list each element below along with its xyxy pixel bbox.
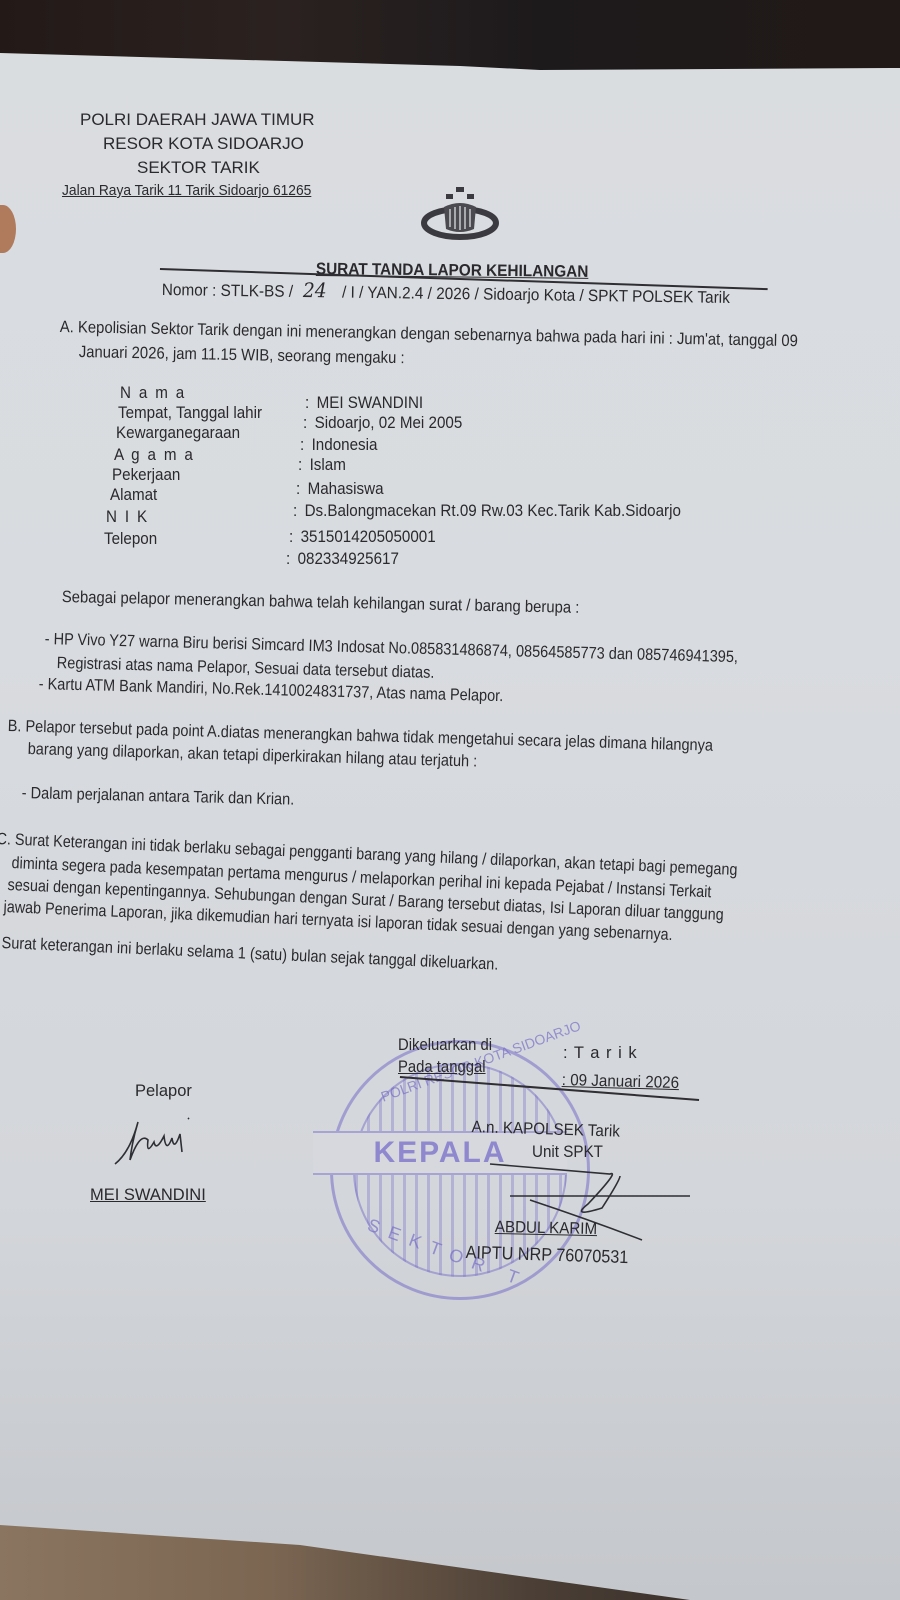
identity-label: Pekerjaan	[112, 466, 180, 485]
lost-intro: Sebagai pelapor menerangkan bahwa telah …	[62, 588, 580, 618]
police-emblem-icon	[420, 185, 500, 240]
issued-date-label: Pada tanggal	[398, 1058, 486, 1077]
identity-label: Tempat, Tanggal lahir	[118, 404, 262, 423]
identity-label: Telepon	[104, 530, 157, 549]
identity-value-text: Mahasiswa	[308, 480, 384, 498]
identity-value: :Indonesia	[300, 436, 377, 455]
identity-value-text: Islam	[310, 456, 346, 474]
section-c-marker: C.	[0, 830, 11, 849]
section-a-marker: A.	[60, 318, 74, 336]
header-line2: RESOR KOTA SIDOARJO	[103, 134, 304, 154]
identity-separator: :	[293, 502, 297, 520]
header-line1: POLRI DAERAH JAWA TIMUR	[80, 110, 315, 130]
identity-label: N a m a	[120, 384, 186, 403]
header-line3: SEKTOR TARIK	[137, 158, 260, 178]
number-handwritten: 24	[303, 278, 327, 302]
identity-value-text: 082334925617	[298, 550, 399, 568]
validity-statement: Surat keterangan ini berlaku selama 1 (s…	[1, 934, 499, 975]
officer-name: ABDUL KARIM	[495, 1218, 598, 1239]
identity-label: Alamat	[110, 486, 157, 505]
issued-place-label: Dikeluarkan di	[398, 1036, 492, 1055]
identity-separator: :	[289, 528, 293, 546]
identity-label: N I K	[106, 508, 149, 527]
identity-value-text: Indonesia	[312, 436, 378, 454]
identity-value-text: Sidoarjo, 02 Mei 2005	[315, 414, 463, 432]
identity-separator: :	[300, 436, 304, 454]
identity-value: :MEI SWANDINI	[305, 394, 423, 413]
identity-separator: :	[286, 550, 290, 568]
header-address: Jalan Raya Tarik 11 Tarik Sidoarjo 61265	[62, 182, 311, 199]
identity-value: :Islam	[298, 456, 346, 475]
identity-label: A g a m a	[114, 446, 195, 465]
section-a-line2: Januari 2026, jam 11.15 WIB, seorang men…	[79, 343, 405, 368]
reporter-signature	[110, 1112, 200, 1172]
identity-separator: :	[305, 394, 309, 412]
section-b-marker: B.	[7, 717, 21, 735]
identity-value-text: Ds.Balongmacekan Rt.09 Rw.03 Kec.Tarik K…	[305, 502, 681, 520]
identity-value-text: 3515014205050001	[301, 528, 436, 546]
reporter-label: Pelapor	[135, 1082, 192, 1101]
number-prefix: Nomor : STLK-BS /	[162, 281, 294, 301]
identity-label: Kewarganegaraan	[116, 424, 240, 443]
document-number: Nomor : STLK-BS / 24 / I / YAN.2.4 / 202…	[162, 276, 730, 308]
identity-value: :Sidoarjo, 02 Mei 2005	[303, 414, 462, 433]
issued-place-value: : T a r i k	[563, 1044, 638, 1063]
identity-value-text: MEI SWANDINI	[317, 394, 424, 412]
identity-separator: :	[296, 480, 300, 498]
identity-value: :3515014205050001	[289, 528, 436, 547]
document-page: POLRI DAERAH JAWA TIMUR RESOR KOTA SIDOA…	[0, 0, 900, 1600]
number-suffix: / I / YAN.2.4 / 2026 / Sidoarjo Kota / S…	[342, 284, 730, 307]
identity-separator: :	[303, 414, 307, 432]
identity-value: :082334925617	[286, 550, 399, 569]
finger-edge	[0, 205, 16, 253]
identity-value: :Ds.Balongmacekan Rt.09 Rw.03 Kec.Tarik …	[293, 502, 681, 521]
section-b-location: - Dalam perjalanan antara Tarik dan Kria…	[22, 784, 295, 810]
reporter-name: MEI SWANDINI	[90, 1186, 206, 1205]
identity-separator: :	[298, 456, 302, 474]
identity-value: :Mahasiswa	[296, 480, 384, 499]
